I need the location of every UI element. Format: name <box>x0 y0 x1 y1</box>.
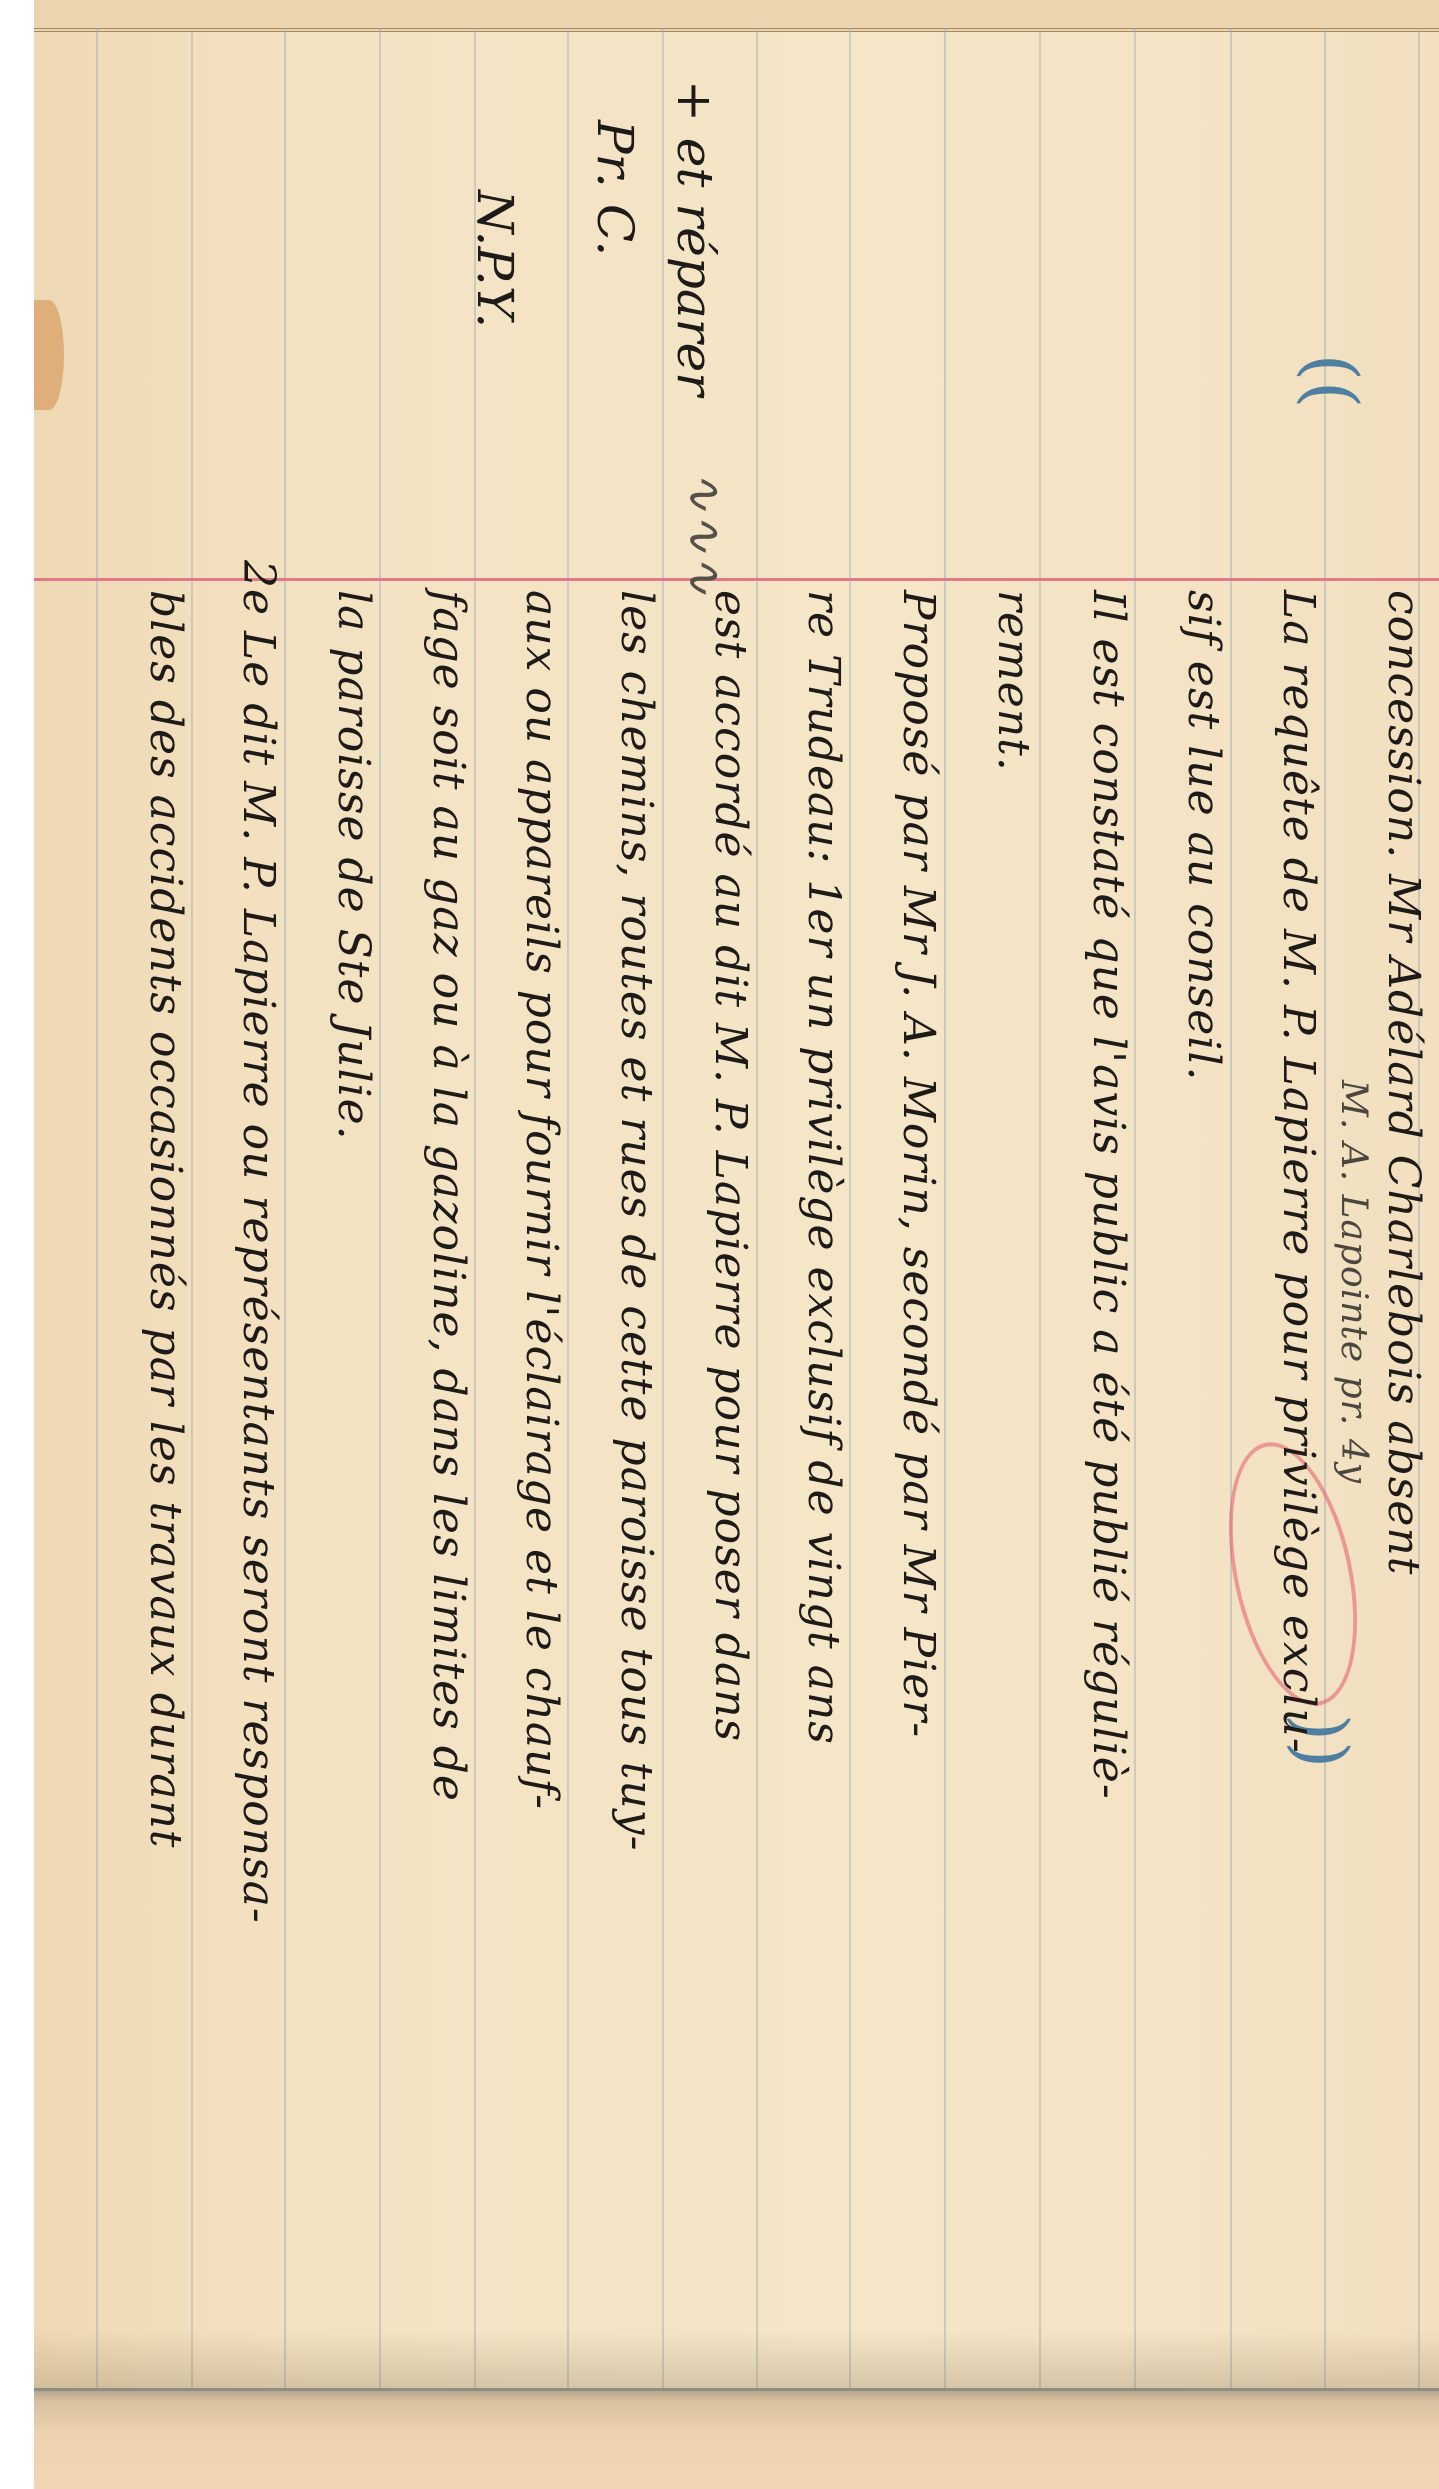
ruling-line <box>662 28 664 2388</box>
ruling-line <box>1134 28 1136 2388</box>
ruling-line <box>1039 28 1041 2388</box>
ruling-line <box>96 28 98 2388</box>
margin-note: Pr. C. <box>586 120 644 256</box>
binding-shadow <box>34 2330 1439 2390</box>
ruling-line <box>191 28 193 2388</box>
book-binding <box>34 2388 1439 2489</box>
ruling-line <box>474 28 476 2388</box>
ruling-line <box>849 28 851 2388</box>
blue-pencil-mark: (( <box>1290 354 1372 409</box>
margin-note: N.P.Y. <box>466 190 524 328</box>
ruling-line <box>567 28 569 2388</box>
ruling-line <box>1230 28 1232 2388</box>
ruling-line <box>944 28 946 2388</box>
ruling-line <box>284 28 286 2388</box>
margin-note: + et réparer <box>666 80 724 396</box>
scan-border <box>0 0 34 2489</box>
register-page: + et réparer Pr. C. N.P.Y. ∿∿∿ (( )) con… <box>34 0 1439 2489</box>
ink-stain <box>34 300 64 410</box>
page-top-edge <box>34 0 1439 32</box>
ruling-line <box>379 28 381 2388</box>
ruling-line <box>756 28 758 2388</box>
